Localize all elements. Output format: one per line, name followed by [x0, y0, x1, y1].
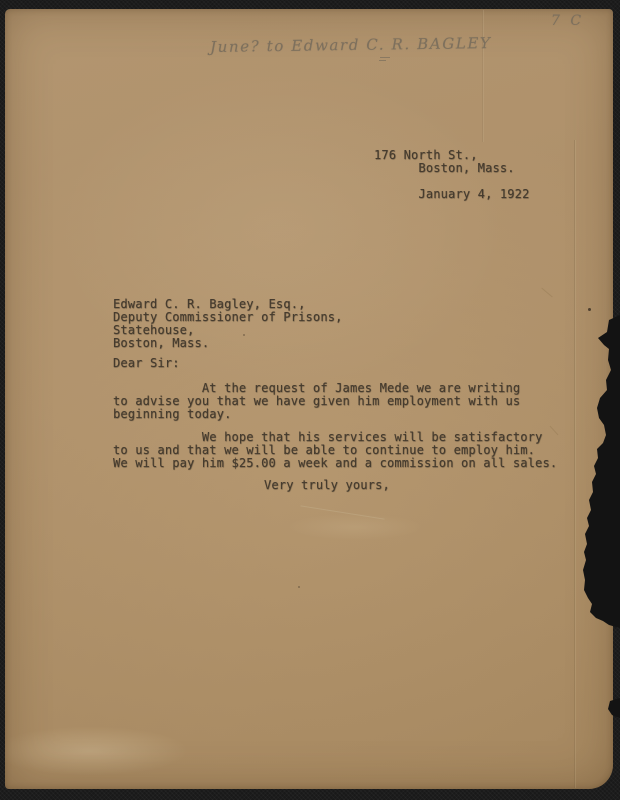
- pencil-underline-mark: [379, 60, 386, 61]
- text-line: beginning today.: [113, 408, 520, 421]
- text-line: January 4, 1922: [374, 188, 530, 201]
- sender-address-block: 176 North St., Boston, Mass. January 4, …: [374, 149, 530, 201]
- body-paragraph-1: At the request of James Mede we are writ…: [113, 382, 520, 421]
- salutation: Dear Sir:: [113, 357, 180, 370]
- text-line: Boston, Mass.: [113, 337, 343, 350]
- body-paragraph-2: We hope that his services will be satisf…: [113, 431, 557, 470]
- recipient-address-block: Edward C. R. Bagley, Esq.,Deputy Commiss…: [113, 298, 343, 350]
- text-line: Boston, Mass.: [374, 162, 530, 175]
- closing: Very truly yours,: [264, 479, 390, 492]
- torn-edge-damage: [578, 315, 620, 725]
- paper-speck: [298, 586, 300, 588]
- text-line: We will pay him $25.00 a week and a comm…: [113, 457, 557, 470]
- corner-pencil-mark: 7 C: [551, 13, 584, 29]
- pencil-underline-mark: [380, 57, 390, 58]
- scanned-letter-page: June? to Edward C. R. BAGLEY 7 C 176 Nor…: [0, 0, 620, 800]
- paper-speck: [588, 308, 591, 311]
